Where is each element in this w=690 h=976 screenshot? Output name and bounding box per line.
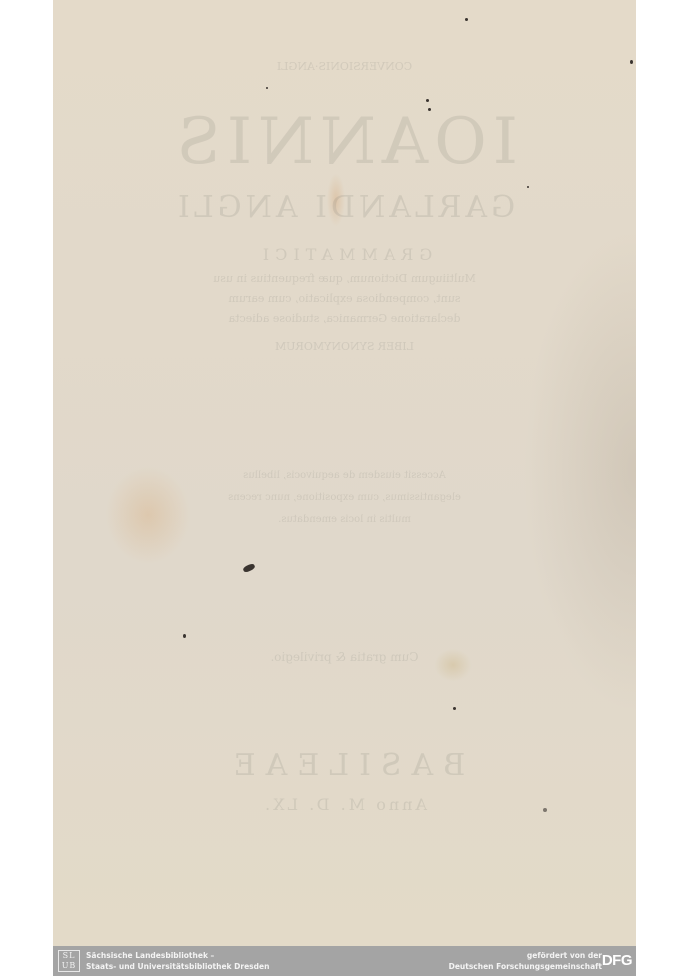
paper-speck <box>266 87 268 89</box>
funding-credit: gefördert von der Deutschen Forschungsge… <box>449 950 602 972</box>
funding-credit-line2: Deutschen Forschungsgemeinschaft <box>449 961 602 972</box>
show-through-date: Anno M. D. LX. <box>53 795 636 814</box>
footer-bar: SL UB Sächsische Landesbibliothek – Staa… <box>53 946 636 976</box>
show-through-line: GRAMMATICI <box>53 245 636 264</box>
show-through-line: elegantissimus, cum expositione, nunc re… <box>53 492 636 503</box>
show-through-imprint: BASILEAE <box>53 748 636 783</box>
paper-speck <box>183 634 186 638</box>
show-through-title: IOANNIS <box>53 105 636 179</box>
paper-speck <box>543 808 547 812</box>
library-name-line2: Staats- und Universitätsbibliothek Dresd… <box>86 961 269 972</box>
show-through-line: Multiiugum Dictionum, quæ frequentius in… <box>53 272 636 285</box>
scanned-page: CONVERSIONIS·ANGLI IOANNIS GARLANDI ANGL… <box>53 0 636 946</box>
paper-speck <box>630 60 633 64</box>
slub-logo-line: UB <box>59 961 79 971</box>
show-through-line: declaratione Germanica, studiose adiecta <box>53 312 636 325</box>
funding-credit-line1: gefördert von der <box>449 950 602 961</box>
paper-speck <box>527 186 529 188</box>
slub-logo-icon: SL UB <box>58 950 80 972</box>
paper-speck <box>426 99 429 102</box>
dfg-logo-icon: DFG <box>602 952 632 969</box>
show-through-line: multis in locis emendatus. <box>53 514 636 525</box>
slub-logo-line: SL <box>59 951 79 961</box>
paper-speck <box>428 108 431 111</box>
paper-speck <box>242 563 255 574</box>
paper-speck <box>465 18 468 21</box>
show-through-subtitle: GARLANDI ANGLI <box>53 190 636 225</box>
show-through-text: CONVERSIONIS·ANGLI <box>53 60 636 73</box>
show-through-line: LIBER SYNONYMORUM <box>53 340 636 353</box>
library-name-line1: Sächsische Landesbibliothek – <box>86 950 269 961</box>
show-through-line: Accessit eiusdem de aequivocis, libellus <box>53 470 636 481</box>
show-through-line: sunt, compendiosa explicatio, cum earum <box>53 292 636 305</box>
paper-speck <box>453 707 456 710</box>
library-name: Sächsische Landesbibliothek – Staats- un… <box>86 950 269 972</box>
show-through-line: Cum gratia & privilegio. <box>53 650 636 664</box>
